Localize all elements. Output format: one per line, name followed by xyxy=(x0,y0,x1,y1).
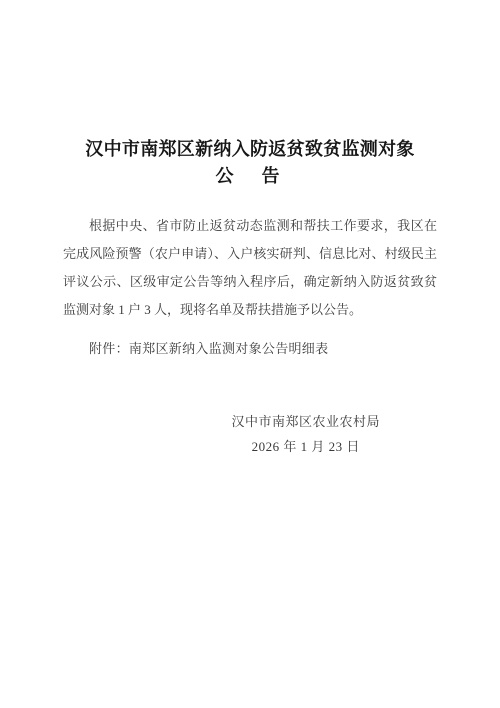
signature-block: 汉中市南郑区农业农村局 2026 年 1 月 23 日 xyxy=(231,409,380,459)
issuing-authority: 汉中市南郑区农业农村局 xyxy=(231,409,380,434)
issue-date: 2026 年 1 月 23 日 xyxy=(231,434,380,459)
announcement-body-paragraph: 根据中央、省市防止返贫动态监测和帮扶工作要求，我区在完成风险预警（农户申请）、入… xyxy=(63,212,437,324)
announcement-title-line2: 公 告 xyxy=(0,163,500,190)
announcement-title: 汉中市南郑区新纳入防返贫致贫监测对象 公 告 xyxy=(0,0,500,190)
announcement-document-page: 汉中市南郑区新纳入防返贫致贫监测对象 公 告 根据中央、省市防止返贫动态监测和帮… xyxy=(0,0,500,708)
announcement-title-line1: 汉中市南郑区新纳入防返贫致贫监测对象 xyxy=(0,136,500,163)
attachment-line: 附件：南郑区新纳入监测对象公告明细表 xyxy=(63,339,437,359)
